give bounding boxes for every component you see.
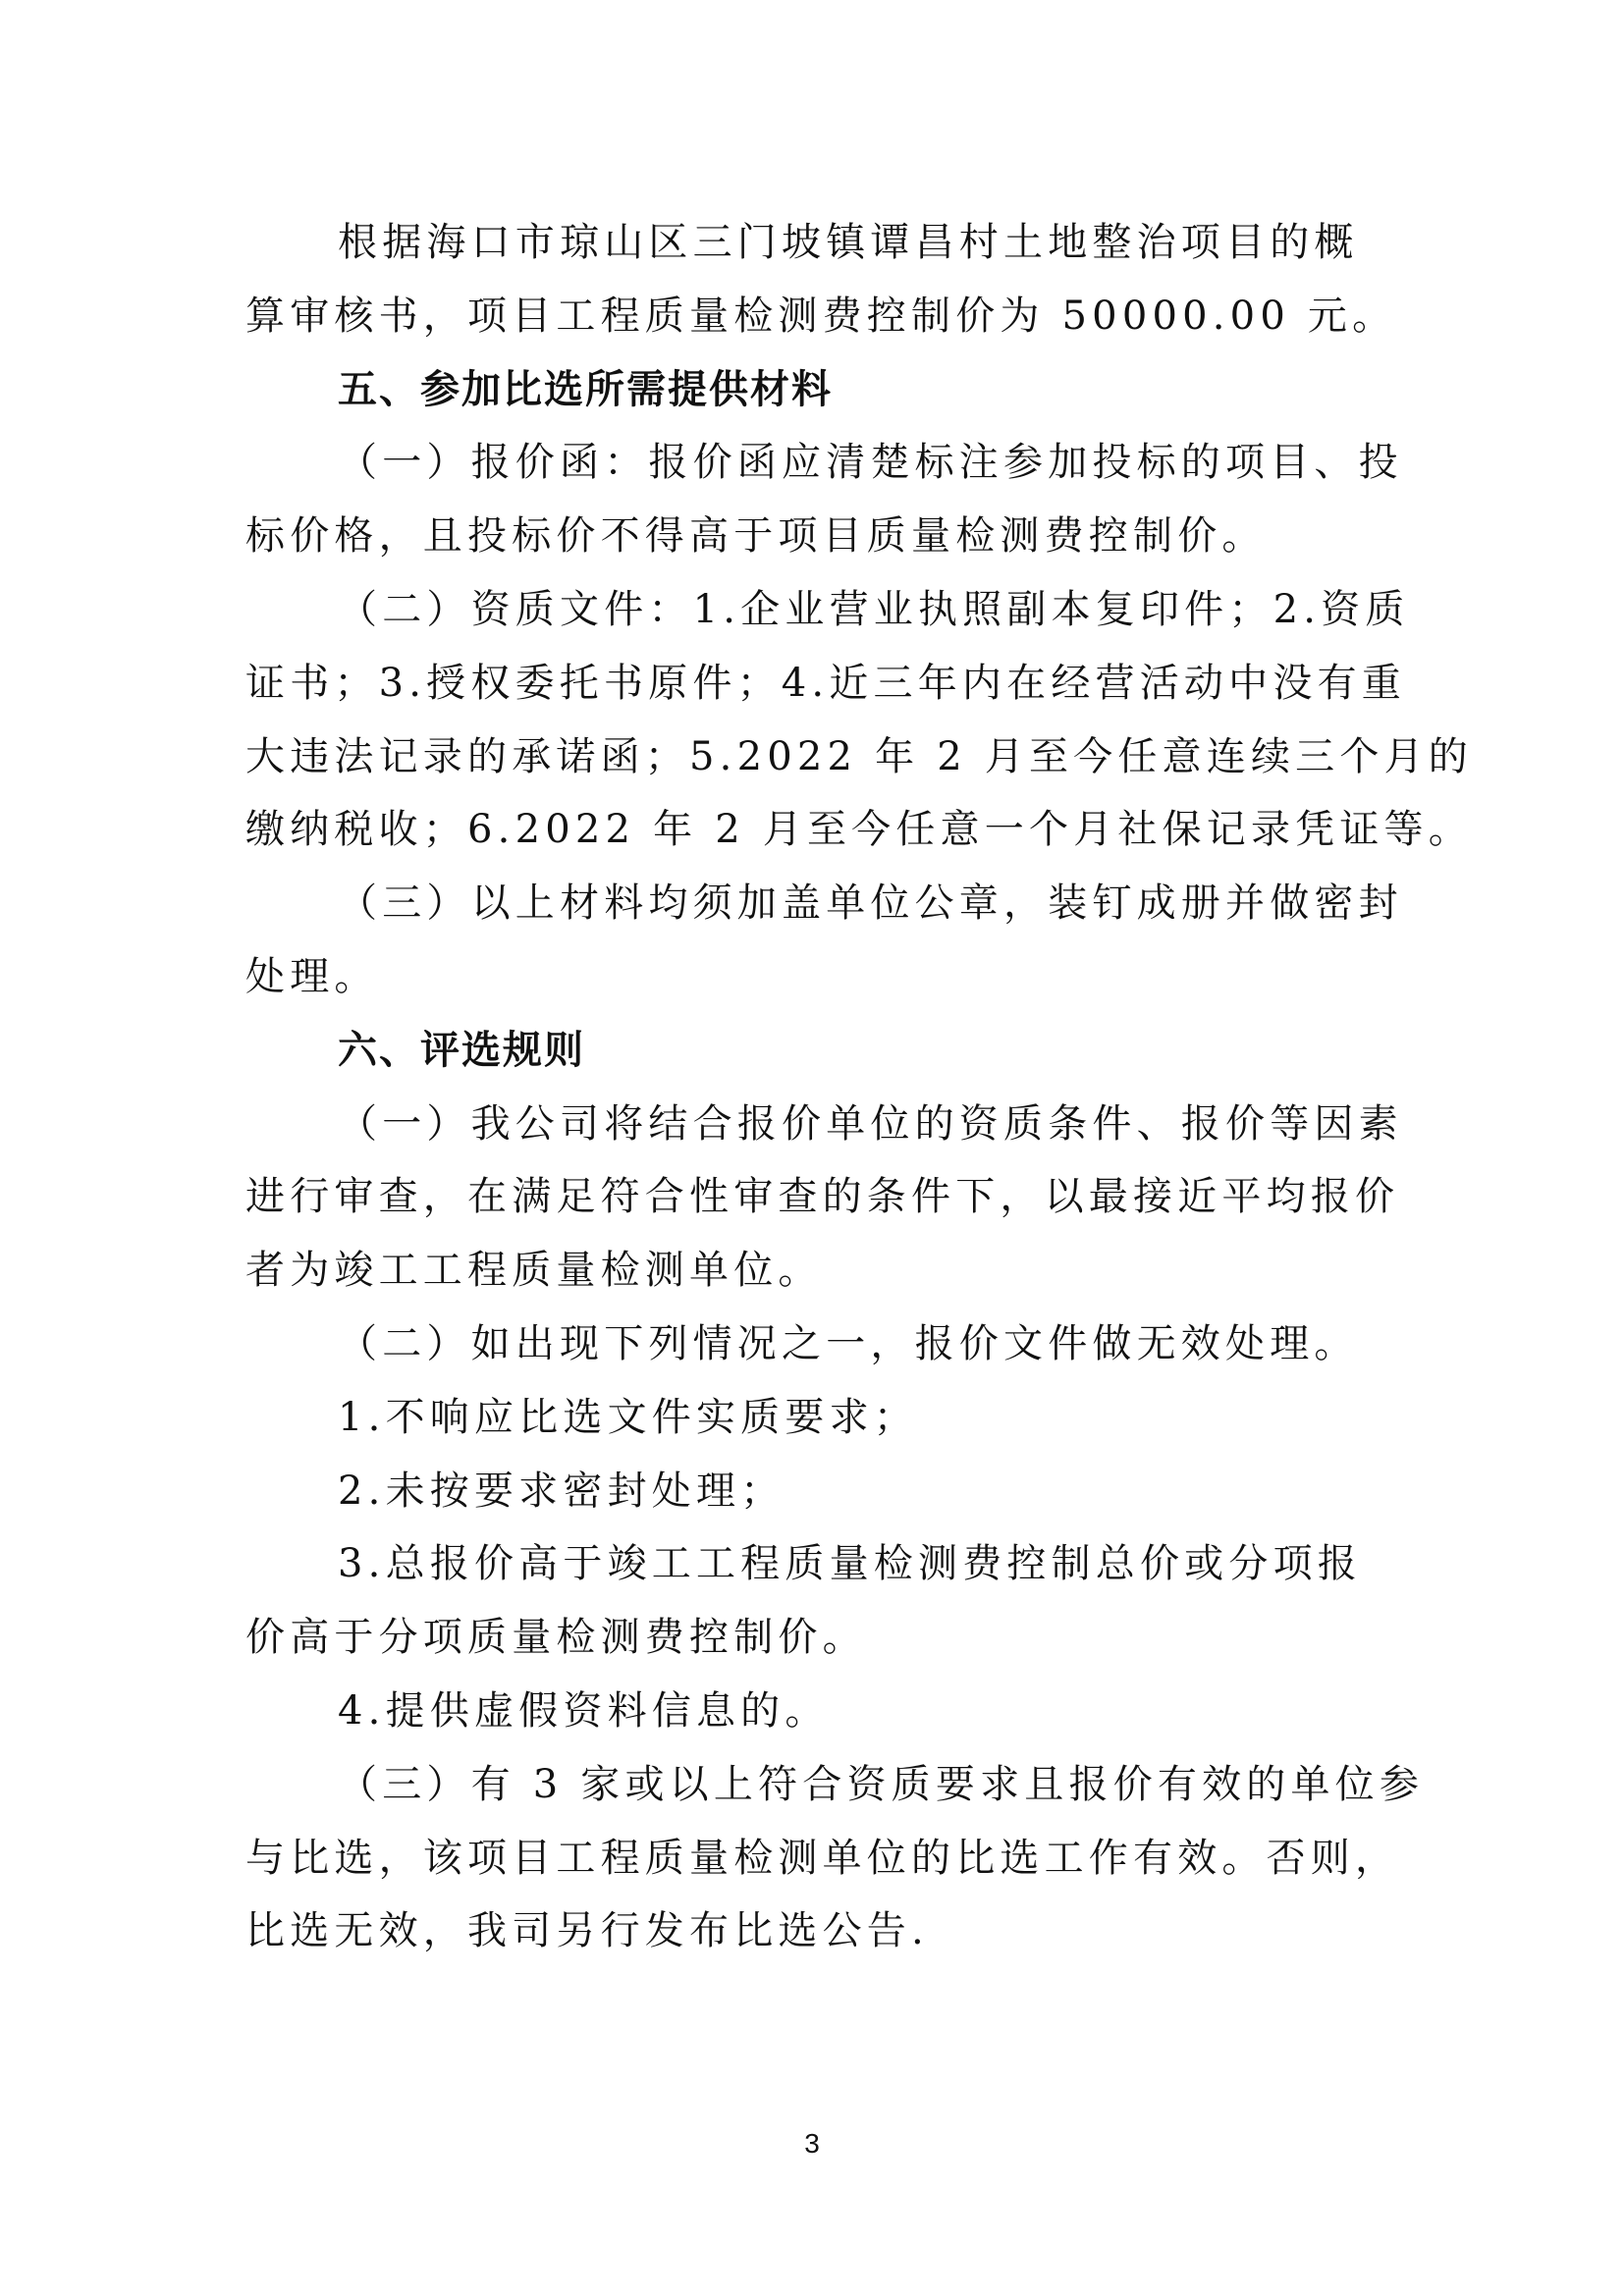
paragraph-line: （一）我公司将结合报价单位的资质条件、报价等因素 — [245, 1095, 1384, 1169]
list-item: 1.不响应比选文件实质要求； — [245, 1389, 1384, 1463]
paragraph-line: 根据海口市琼山区三门坡镇谭昌村土地整治项目的概 — [245, 214, 1384, 288]
section-heading-six: 六、评选规则 — [245, 1022, 1384, 1095]
paragraph-line: 进行审查，在满足符合性审查的条件下，以最接近平均报价 — [245, 1168, 1384, 1242]
list-item: 3.总报价高于竣工工程质量检测费控制总价或分项报 — [245, 1535, 1384, 1609]
paragraph-line: 与比选，该项目工程质量检测单位的比选工作有效。否则， — [245, 1830, 1384, 1903]
paragraph-line: 价高于分项质量检测费控制价。 — [245, 1609, 1384, 1682]
paragraph-line: （一）报价函：报价函应清楚标注参加投标的项目、投 — [245, 434, 1384, 507]
paragraph-line: （二）如出现下列情况之一，报价文件做无效处理。 — [245, 1315, 1384, 1389]
paragraph-line: 标价格，且投标价不得高于项目质量检测费控制价。 — [245, 507, 1384, 581]
section-heading-five: 五、参加比选所需提供材料 — [245, 361, 1384, 435]
paragraph-line: （三）以上材料均须加盖单位公章，装钉成册并做密封 — [245, 875, 1384, 948]
list-item: 4.提供虚假资料信息的。 — [245, 1682, 1384, 1756]
paragraph-line: 者为竣工工程质量检测单位。 — [245, 1242, 1384, 1315]
paragraph-line: 算审核书，项目工程质量检测费控制价为 50000.00 元。 — [245, 288, 1384, 361]
paragraph-line: （二）资质文件：1.企业营业执照副本复印件；2.资质 — [245, 581, 1384, 655]
document-page: 根据海口市琼山区三门坡镇谭昌村土地整治项目的概 算审核书，项目工程质量检测费控制… — [245, 214, 1384, 1976]
paragraph-line: 比选无效，我司另行发布比选公告. — [245, 1902, 1384, 1976]
list-item: 2.未按要求密封处理； — [245, 1463, 1384, 1536]
paragraph-line: 大违法记录的承诺函；5.2022 年 2 月至今任意连续三个月的 — [245, 728, 1384, 802]
paragraph-line: （三）有 3 家或以上符合资质要求且报价有效的单位参 — [245, 1756, 1384, 1830]
paragraph-line: 证书；3.授权委托书原件；4.近三年内在经营活动中没有重 — [245, 655, 1384, 728]
page-number: 3 — [0, 2128, 1624, 2160]
paragraph-line: 处理。 — [245, 948, 1384, 1022]
paragraph-line: 缴纳税收；6.2022 年 2 月至今任意一个月社保记录凭证等。 — [245, 801, 1384, 875]
